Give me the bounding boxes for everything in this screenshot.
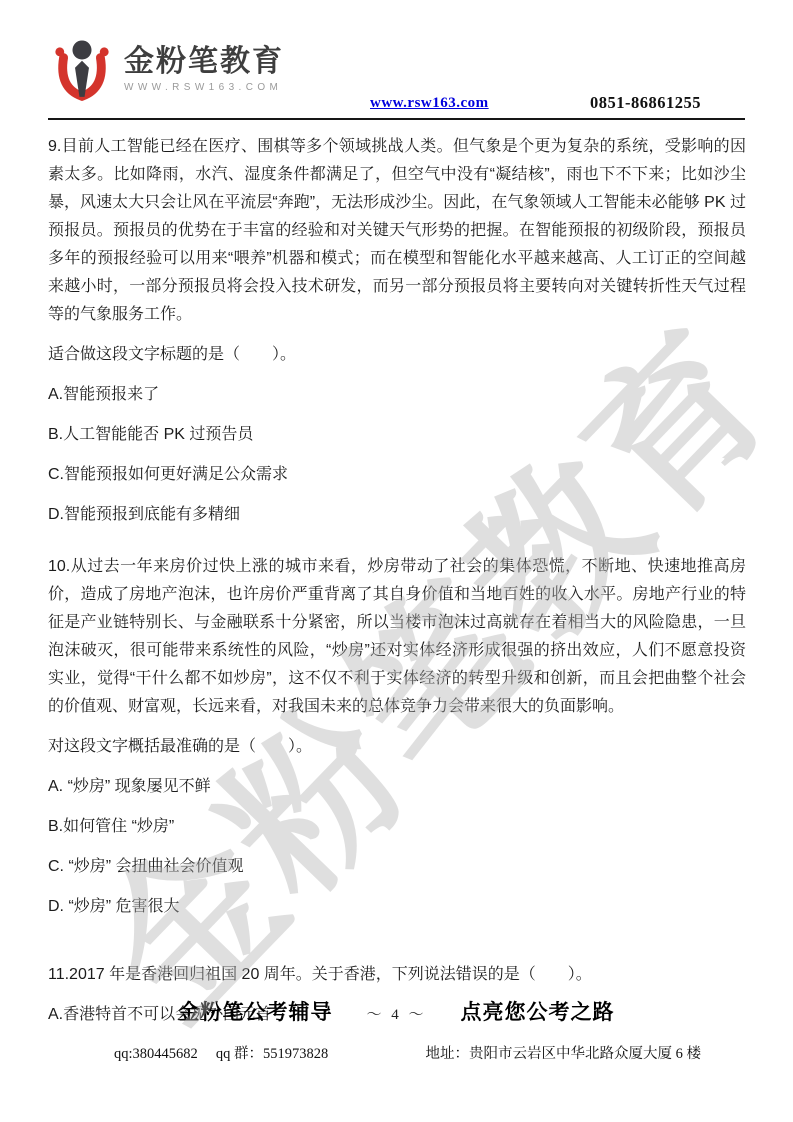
question-9-body: 9.目前人工智能已经在医疗、围棋等多个领域挑战人类。但气象是个更为复杂的系统，受… xyxy=(48,133,746,329)
question-10-body: 10.从过去一年来房价过快上涨的城市来看，炒房带动了社会的集体恐慌，不断地、快速… xyxy=(48,553,746,721)
page-header: 金粉笔教育 WWW.RSW163.COM www.rsw163.com 0851… xyxy=(48,36,745,116)
question-content: 9.目前人工智能已经在医疗、围棋等多个领域挑战人类。但气象是个更为复杂的系统，受… xyxy=(48,133,746,1041)
question-10-option-b: B.如何管住 “炒房” xyxy=(48,813,746,841)
footer-qq: qq:380445682 qq 群：551973828 xyxy=(114,1042,328,1063)
question-9-option-c: C.智能预报如何更好满足公众需求 xyxy=(48,461,746,489)
footer-address: 地址：贵阳市云岩区中华北路众厦大厦 6 楼 xyxy=(426,1042,702,1063)
page-number: ～ 4 ～ xyxy=(366,1003,426,1024)
footer-center-line: 金粉笔公考辅导 ～ 4 ～ 点亮您公考之路 xyxy=(0,996,793,1026)
logo: 金粉笔教育 WWW.RSW163.COM xyxy=(50,36,284,102)
website-link[interactable]: www.rsw163.com xyxy=(370,95,489,112)
logo-subtitle: WWW.RSW163.COM xyxy=(124,82,284,93)
question-9-prompt: 适合做这段文字标题的是（ ）。 xyxy=(48,341,746,369)
logo-text: 金粉笔教育 WWW.RSW163.COM xyxy=(124,45,284,93)
phone-number: 0851-86861255 xyxy=(590,93,701,113)
footer-slogan: 点亮您公考之路 xyxy=(461,996,615,1026)
brand-logo-icon xyxy=(50,36,114,102)
question-9-option-a: A.智能预报来了 xyxy=(48,381,746,409)
footer-brand: 金粉笔公考辅导 xyxy=(178,996,332,1026)
question-10-option-c: C. “炒房” 会扭曲社会价值观 xyxy=(48,853,746,881)
footer-contact-line: qq:380445682 qq 群：551973828 地址：贵阳市云岩区中华北… xyxy=(114,1042,701,1063)
question-11-body: 11.2017 年是香港回归祖国 20 周年。关于香港，下列说法错误的是（ ）。 xyxy=(48,961,746,989)
header-divider xyxy=(48,118,745,120)
logo-title: 金粉笔教育 xyxy=(124,45,284,79)
question-10-option-d: D. “炒房” 危害很大 xyxy=(48,893,746,921)
question-9-option-d: D.智能预报到底能有多精细 xyxy=(48,501,746,529)
question-10-prompt: 对这段文字概括最准确的是（ ）。 xyxy=(48,733,746,761)
question-9-option-b: B.人工智能能否 PK 过预告员 xyxy=(48,421,746,449)
document-page: 金粉笔教育 金粉笔教育 WWW.RSW163.COM www.rsw163.co… xyxy=(0,0,793,1122)
question-10-option-a: A. “炒房” 现象屡见不鲜 xyxy=(48,773,746,801)
